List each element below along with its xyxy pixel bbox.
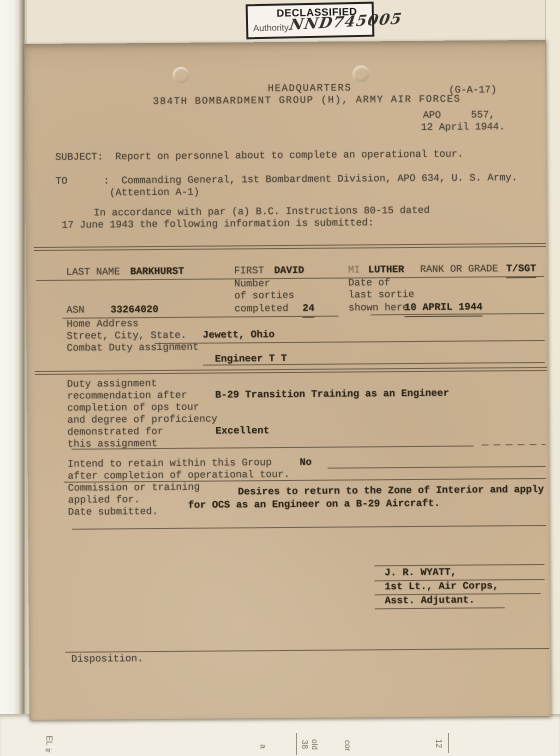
page-edge-fragment: old (310, 739, 319, 750)
commission-label-2: applied for. (68, 495, 140, 508)
first-name-value: DAVID (274, 266, 304, 278)
duty-rec-label-2: recommendation after (67, 391, 187, 404)
page-edge-fragment: 38 (300, 740, 309, 749)
last-sortie-label-2: last sortie (348, 290, 414, 303)
form-rule (72, 525, 546, 530)
document-page: HEADQUARTERS 384TH BOMBARDMENT GROUP (H)… (24, 40, 550, 720)
header-group-line: 384TH BOMBARDMENT GROUP (H), ARMY AIR FO… (153, 95, 461, 109)
duty-rec-label-6: this assignment (67, 439, 157, 452)
punch-hole-right (353, 65, 370, 82)
last-sortie-label-1: Date of (348, 278, 390, 290)
middle-name-value: LUTHER (368, 265, 404, 277)
file-reference: (G-A-17) (449, 85, 497, 97)
page-stack-left-edge (0, 0, 27, 756)
header-headquarters: HEADQUARTERS (268, 83, 352, 96)
signature-rank: 1st Lt., Air Corps, (385, 581, 499, 594)
form-rule (482, 444, 546, 446)
asn-value: 33264020 (110, 305, 158, 317)
disposition-label: Disposition. (71, 654, 143, 667)
first-name-label: FIRST (234, 266, 264, 278)
page-edge-line (296, 733, 297, 755)
declassified-stamp: DECLASSIFIED Authority NND745005 (246, 2, 375, 40)
home-address-label: Home Address (67, 319, 139, 332)
apo-line: APO 557, (423, 110, 495, 123)
signature-rule (374, 564, 544, 566)
stamp-authority-label: Authority (253, 22, 289, 33)
last-name-value: BARKHURST (130, 267, 184, 279)
home-address-value: Jewett, Ohio (203, 330, 275, 343)
signature-rule (375, 607, 505, 609)
signature-title: Asst. Adjutant. (385, 596, 475, 609)
page-edge-line (448, 733, 449, 753)
sorties-label-3: completed (234, 304, 288, 316)
duty-rec-label-5: demonstrated for (67, 427, 163, 440)
sorties-label-1: Number (234, 279, 270, 291)
page-edge-fragment: ir (44, 748, 53, 752)
duty-rec-proficiency-value: Excellent (215, 426, 269, 438)
page-edge-fragment: cor (343, 740, 352, 751)
attention-line: (Attention A-1) (109, 188, 199, 201)
commission-value-1: Desires to return to the Zone of Interio… (238, 485, 544, 499)
duty-rec-label-4: and degree of proficiency (67, 415, 217, 428)
form-rule (63, 316, 339, 319)
punch-hole-left (173, 67, 190, 84)
page-edge-fragment: EL (44, 736, 53, 746)
duty-rec-assignment-value: B-29 Transition Training as an Engineer (215, 389, 449, 403)
retain-value: No (300, 458, 312, 470)
page-edge-fragment: 12 (434, 739, 443, 748)
commission-label-3: Date submitted. (68, 507, 158, 520)
commission-label-1: Commission or training (68, 483, 200, 496)
to-line: TO : Commanding General, 1st Bombardment… (55, 173, 517, 189)
signature-name: J. R. WYATT, (384, 568, 456, 581)
middle-initial-label: MI (348, 265, 360, 277)
date-line: 12 April 1944. (421, 122, 505, 135)
underlying-page-bottom (0, 714, 560, 756)
form-rule (328, 466, 546, 469)
scanned-document-scene: HEADQUARTERS 384TH BOMBARDMENT GROUP (H)… (0, 0, 560, 756)
asn-label: ASN (66, 306, 84, 318)
sorties-label-2: of sorties (234, 291, 294, 303)
duty-rec-label-3: completion of ops tour (67, 403, 199, 416)
last-name-label: LAST NAME (66, 267, 120, 279)
subject-line: SUBJECT: Report on personnel about to co… (55, 150, 463, 165)
body-paragraph-line2: 17 June 1943 the following information i… (62, 218, 374, 232)
combat-duty-label: Combat Duty assignment (67, 343, 199, 356)
rank-label: RANK OR GRADE (420, 264, 498, 277)
form-rule (65, 648, 549, 653)
duty-rec-label-1: Duty assignment (67, 379, 157, 392)
page-edge-fragment: a (259, 744, 268, 748)
street-city-state-label: Street, City, State. (67, 331, 187, 344)
commission-value-2: for OCS as an Engineer on a B-29 Aircraf… (188, 499, 440, 513)
